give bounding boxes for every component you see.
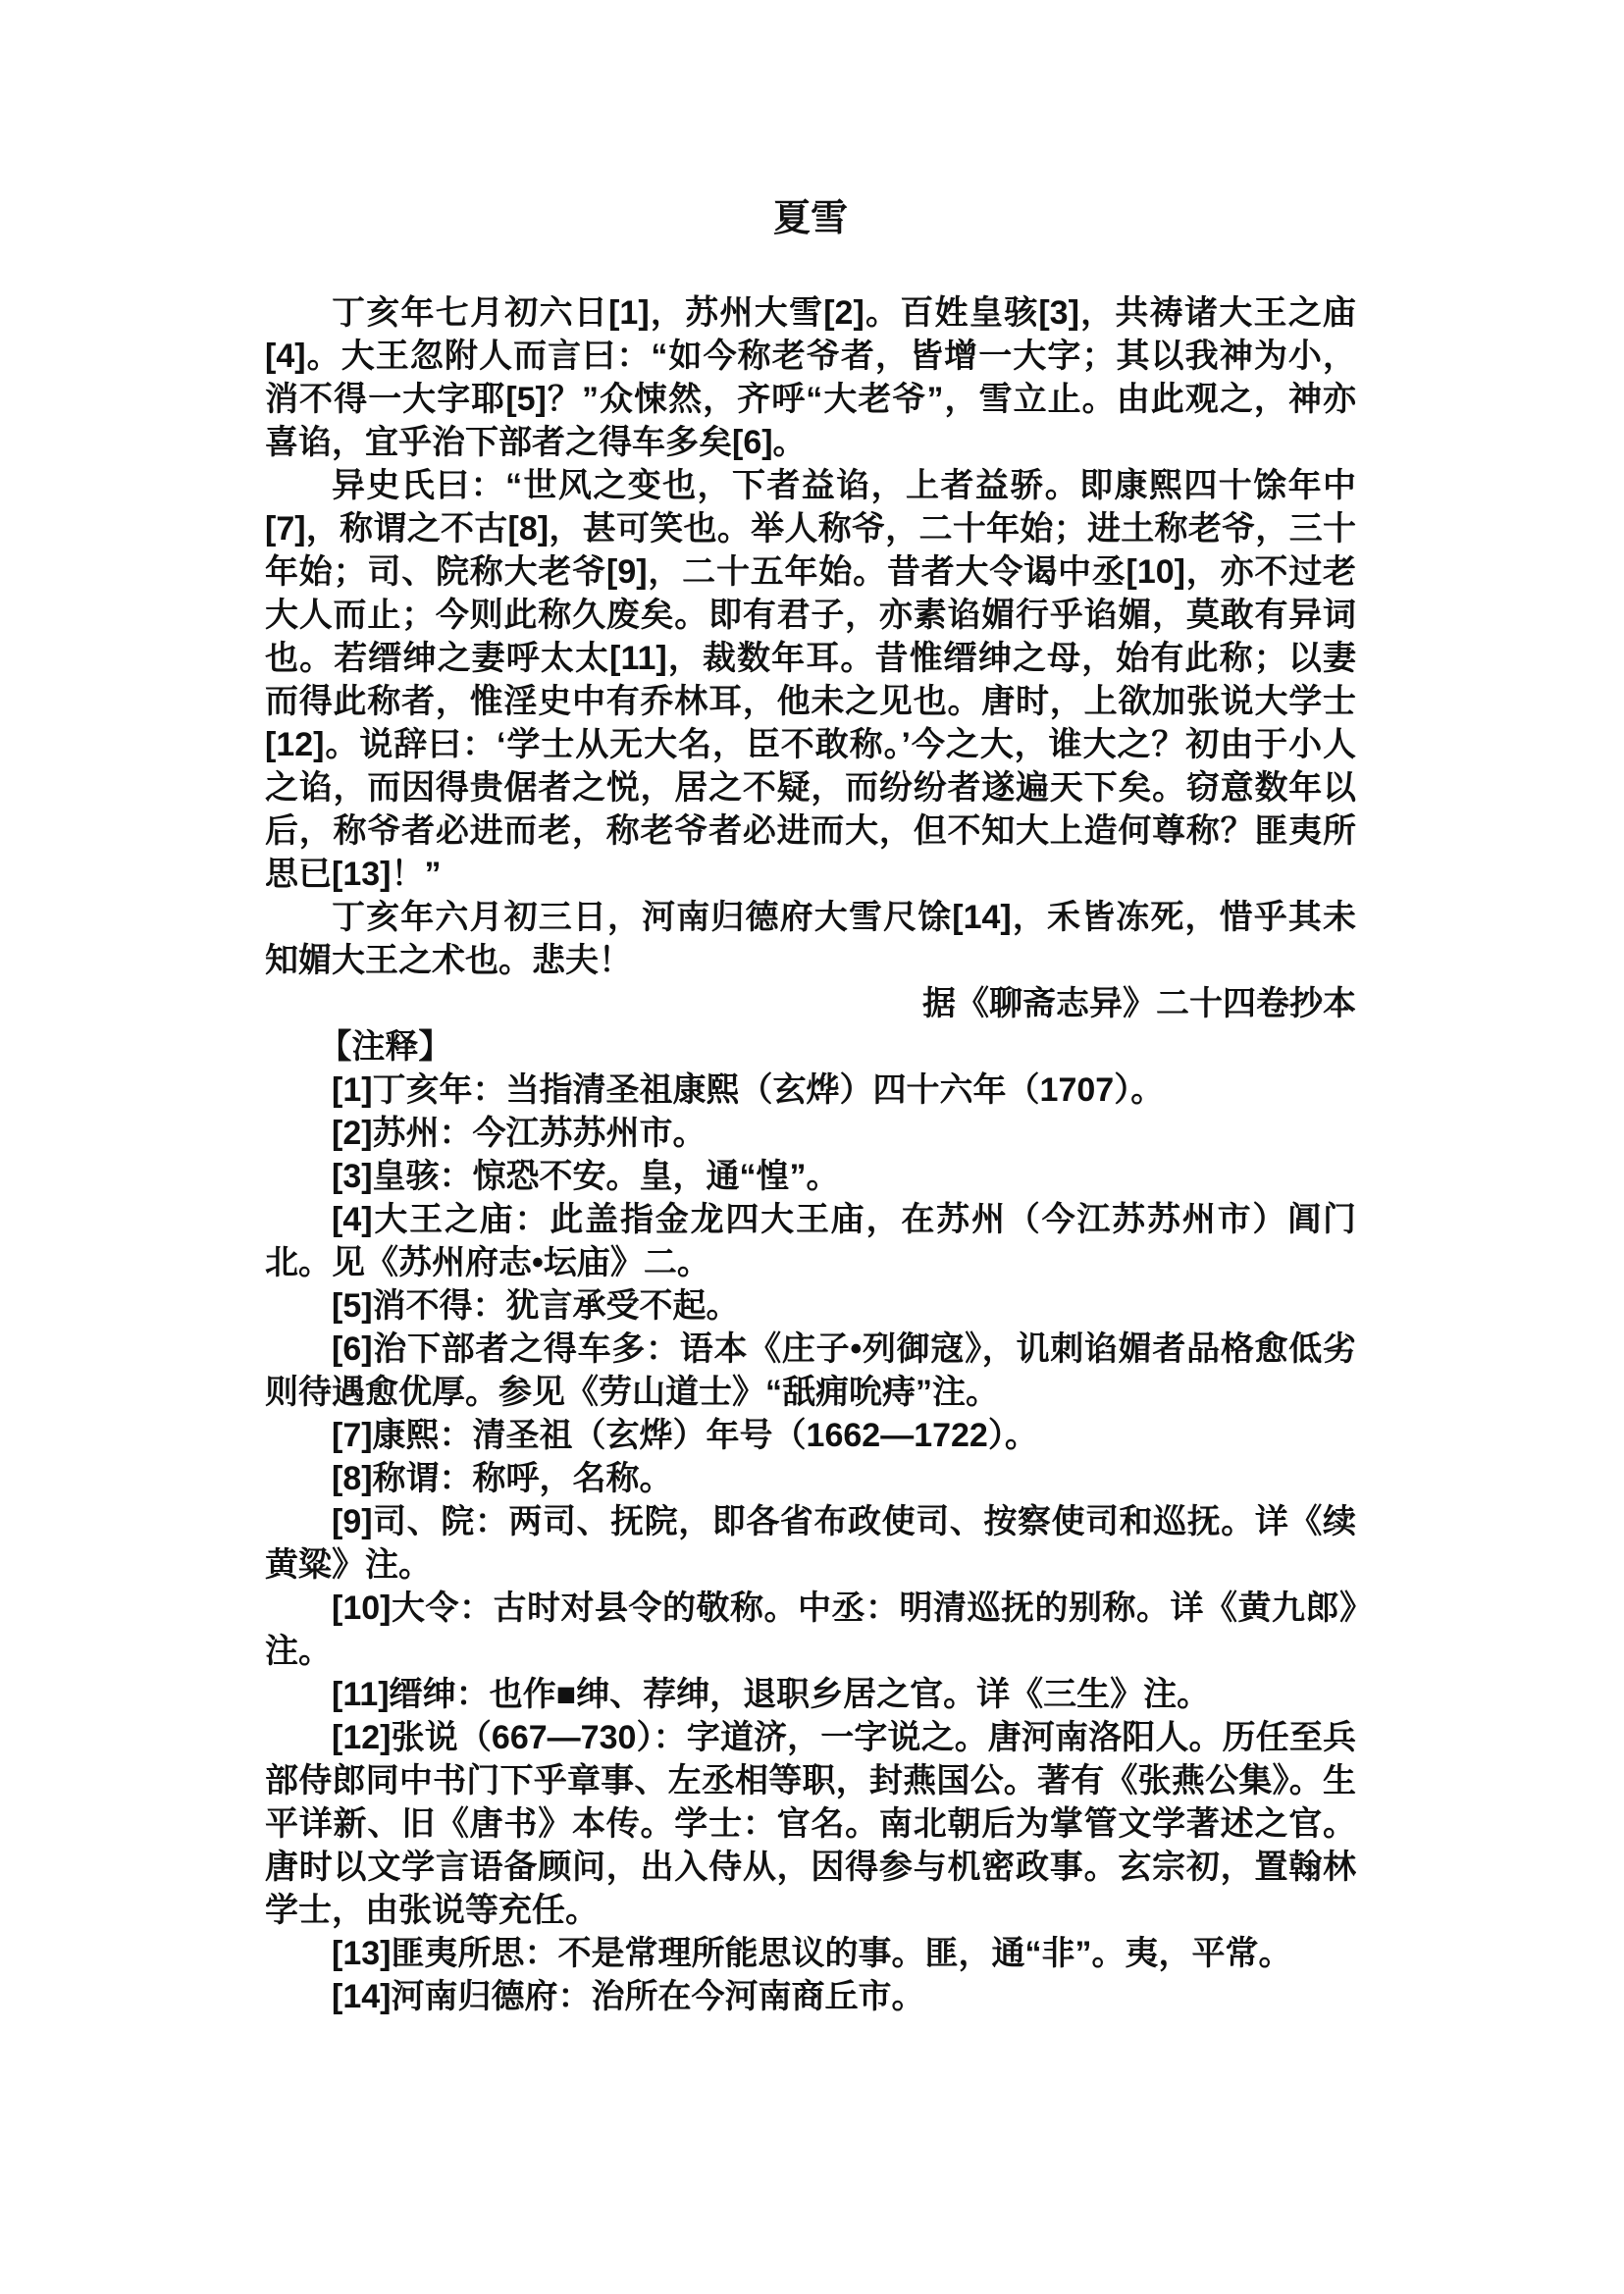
note-item: [8]称谓：称呼，名称。 <box>265 1457 1356 1500</box>
document-page: 夏雪 丁亥年七月初六日[1]，苏州大雪[2]。百姓皇骇[3]，共祷诸大王之庙[4… <box>0 0 1624 2294</box>
text-block: 夏雪 丁亥年七月初六日[1]，苏州大雪[2]。百姓皇骇[3]，共祷诸大王之庙[4… <box>265 193 1356 2018</box>
note-item: [1]丁亥年：当指清圣祖康熙（玄烨）四十六年（1707）。 <box>265 1069 1356 1112</box>
story-paragraph: 异史氏曰：“世风之变也，下者益谄，上者益骄。即康熙四十馀年中[7]，称谓之不古[… <box>265 464 1356 896</box>
story-title: 夏雪 <box>265 193 1356 244</box>
note-item: [11]缙绅：也作■绅、荐绅，退职乡居之官。详《三生》注。 <box>265 1673 1356 1716</box>
story-paragraph: 丁亥年七月初六日[1]，苏州大雪[2]。百姓皇骇[3]，共祷诸大王之庙[4]。大… <box>265 291 1356 464</box>
note-item: [10]大令：古时对县令的敬称。中丞：明清巡抚的别称。详《黄九郎》注。 <box>265 1587 1356 1673</box>
note-item: [9]司、院：两司、抚院，即各省布政使司、按察使司和巡抚。详《续黄粱》注。 <box>265 1500 1356 1587</box>
note-item: [6]治下部者之得车多：语本《庄子•列御寇》，讥刺谄媚者品格愈低劣则待遇愈优厚。… <box>265 1328 1356 1414</box>
note-item: [12]张说（667—730）：字道济，一字说之。唐河南洛阳人。历任至兵部侍郎同… <box>265 1716 1356 1932</box>
note-item: [13]匪夷所思：不是常理所能思议的事。匪，通“非”。夷，平常。 <box>265 1932 1356 1975</box>
note-item: [14]河南归德府：治所在今河南商丘市。 <box>265 1975 1356 2018</box>
story-paragraph: 丁亥年六月初三日，河南归德府大雪尺馀[14]，禾皆冻死，惜乎其未知媚大王之术也。… <box>265 896 1356 982</box>
note-item: [3]皇骇：惊恐不安。皇，通“惶”。 <box>265 1155 1356 1198</box>
source-attribution: 据《聊斋志异》二十四卷抄本 <box>265 982 1356 1025</box>
notes-header: 【注释】 <box>265 1025 1356 1069</box>
note-item: [4]大王之庙：此盖指金龙四大王庙，在苏州（今江苏苏州市）阊门北。见《苏州府志•… <box>265 1198 1356 1284</box>
note-item: [2]苏州：今江苏苏州市。 <box>265 1112 1356 1155</box>
note-item: [5]消不得：犹言承受不起。 <box>265 1284 1356 1328</box>
note-item: [7]康熙：清圣祖（玄烨）年号（1662—1722）。 <box>265 1414 1356 1457</box>
